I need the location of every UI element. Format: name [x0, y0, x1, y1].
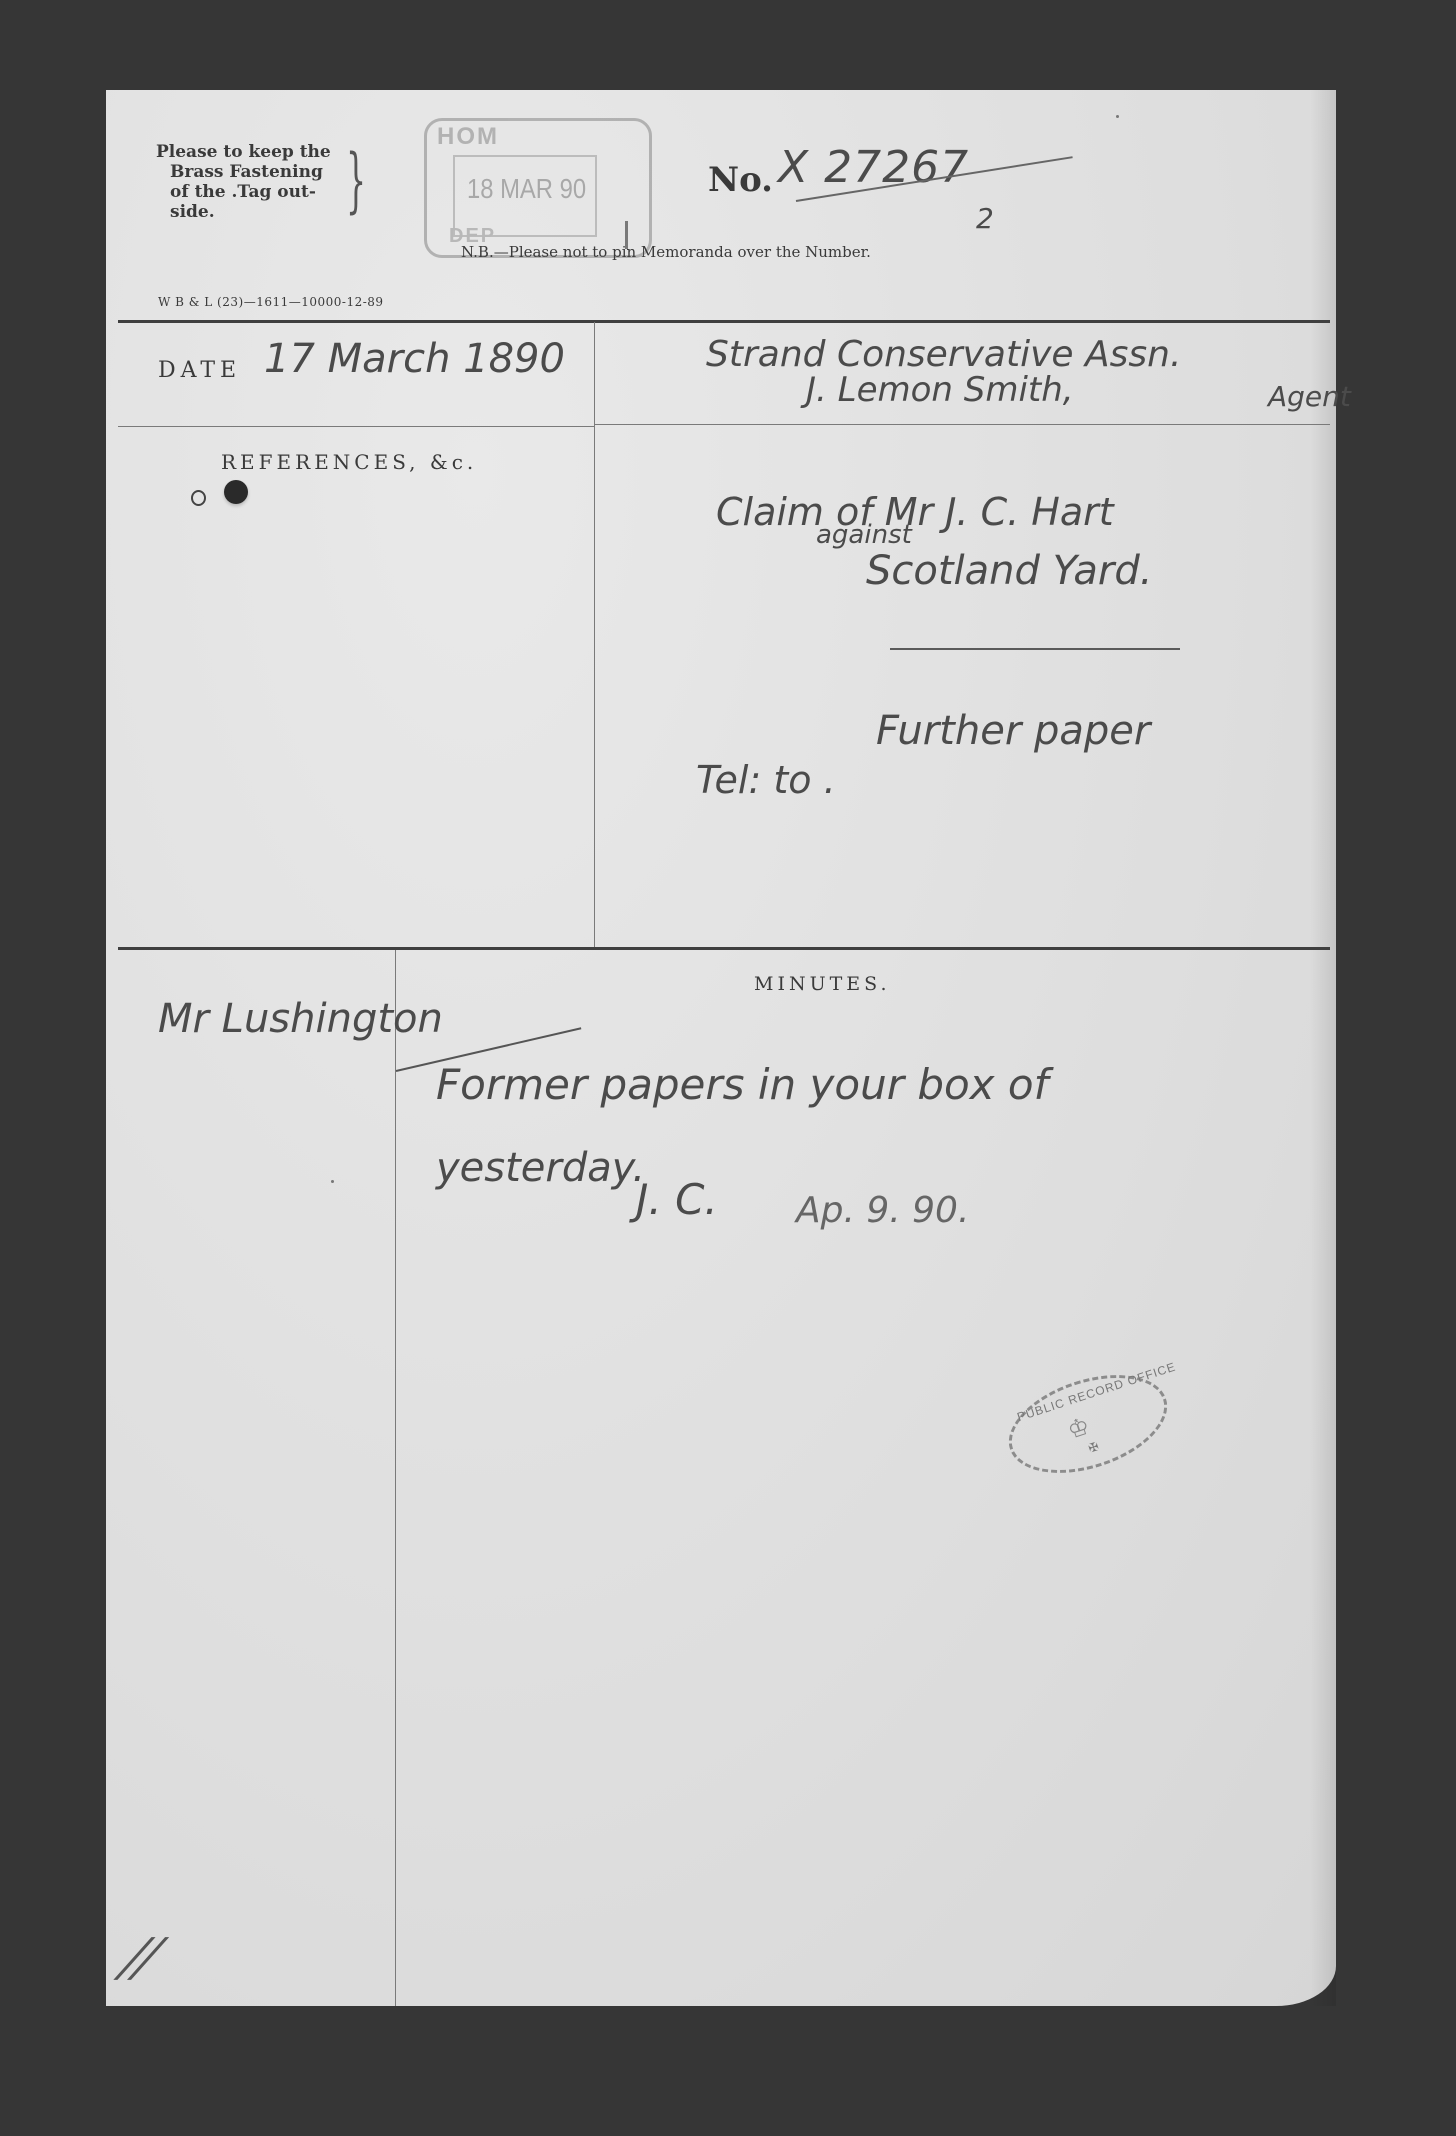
number-label: No. — [708, 160, 773, 200]
date-row-divider-right — [595, 424, 1330, 425]
minute-text-line-2: yesterday. — [436, 1145, 645, 1191]
stamp-top-text: HOM — [437, 123, 499, 151]
brace-icon: } — [346, 140, 366, 220]
paper-speck — [331, 1180, 334, 1183]
stamp-text: PUBLIC RECORD OFFICE — [1015, 1359, 1177, 1424]
minute-initials: J. C. — [636, 1175, 718, 1224]
cross-icon: ✠ — [1087, 1439, 1101, 1455]
minute-addressee: Mr Lushington — [158, 996, 443, 1042]
subject-rule — [890, 648, 1180, 650]
subject-line-3: Scotland Yard. — [866, 548, 1152, 594]
minute-text-line-1: Former papers in your box of — [436, 1060, 1048, 1109]
column-divider — [594, 322, 595, 947]
nb-note: N.B.—Please not to pin Memoranda over th… — [461, 243, 871, 261]
received-stamp: HOM 18 MAR 90 DEP — [424, 118, 652, 258]
subject-line-2: against — [816, 520, 912, 550]
public-record-office-stamp: PUBLIC RECORD OFFICE ♔ ✠ — [996, 1357, 1179, 1491]
printer-code: W B & L (23)—1611—10000-12-89 — [158, 295, 384, 309]
top-rule — [118, 320, 1330, 323]
page-edge-shadow — [1310, 90, 1336, 2006]
tag-note-line: side. — [156, 202, 351, 222]
tag-instruction: Please to keep the Brass Fastening of th… — [156, 142, 351, 222]
tally-mark: // — [109, 1928, 171, 1988]
number-sub: 2 — [976, 202, 994, 235]
from-organization: Strand Conservative Assn. — [706, 334, 1181, 375]
tel-note: Tel: to . — [696, 758, 836, 802]
minutes-heading: MINUTES. — [754, 973, 891, 995]
date-value: 17 March 1890 — [264, 336, 565, 382]
minutes-margin-line — [395, 950, 396, 2006]
tag-note-line: of the .Tag out- — [156, 182, 351, 202]
subject-line-1: Claim of Mr J. C. Hart — [716, 490, 1114, 534]
from-role: Agent — [1268, 380, 1351, 413]
paper-speck — [1116, 115, 1119, 118]
minutes-rule — [118, 947, 1330, 950]
further-paper-note: Further paper — [876, 708, 1150, 754]
date-row-divider-left — [118, 426, 594, 427]
from-person: J. Lemon Smith, — [806, 370, 1074, 410]
stamp-date: 18 MAR 90 — [467, 173, 586, 205]
tag-note-line: Please to keep the — [156, 142, 351, 162]
date-label: DATE — [158, 358, 241, 383]
number-value: X 27267 — [778, 142, 969, 193]
crown-icon: ♔ — [1064, 1411, 1093, 1444]
minute-date: Ap. 9. 90. — [796, 1190, 969, 1231]
tag-note-line: Brass Fastening — [156, 162, 351, 182]
punch-hole-small-icon — [191, 490, 206, 506]
punch-hole-icon — [224, 480, 248, 504]
docket-page: Please to keep the Brass Fastening of th… — [106, 90, 1336, 2006]
references-label: REFERENCES, &c. — [221, 450, 477, 474]
